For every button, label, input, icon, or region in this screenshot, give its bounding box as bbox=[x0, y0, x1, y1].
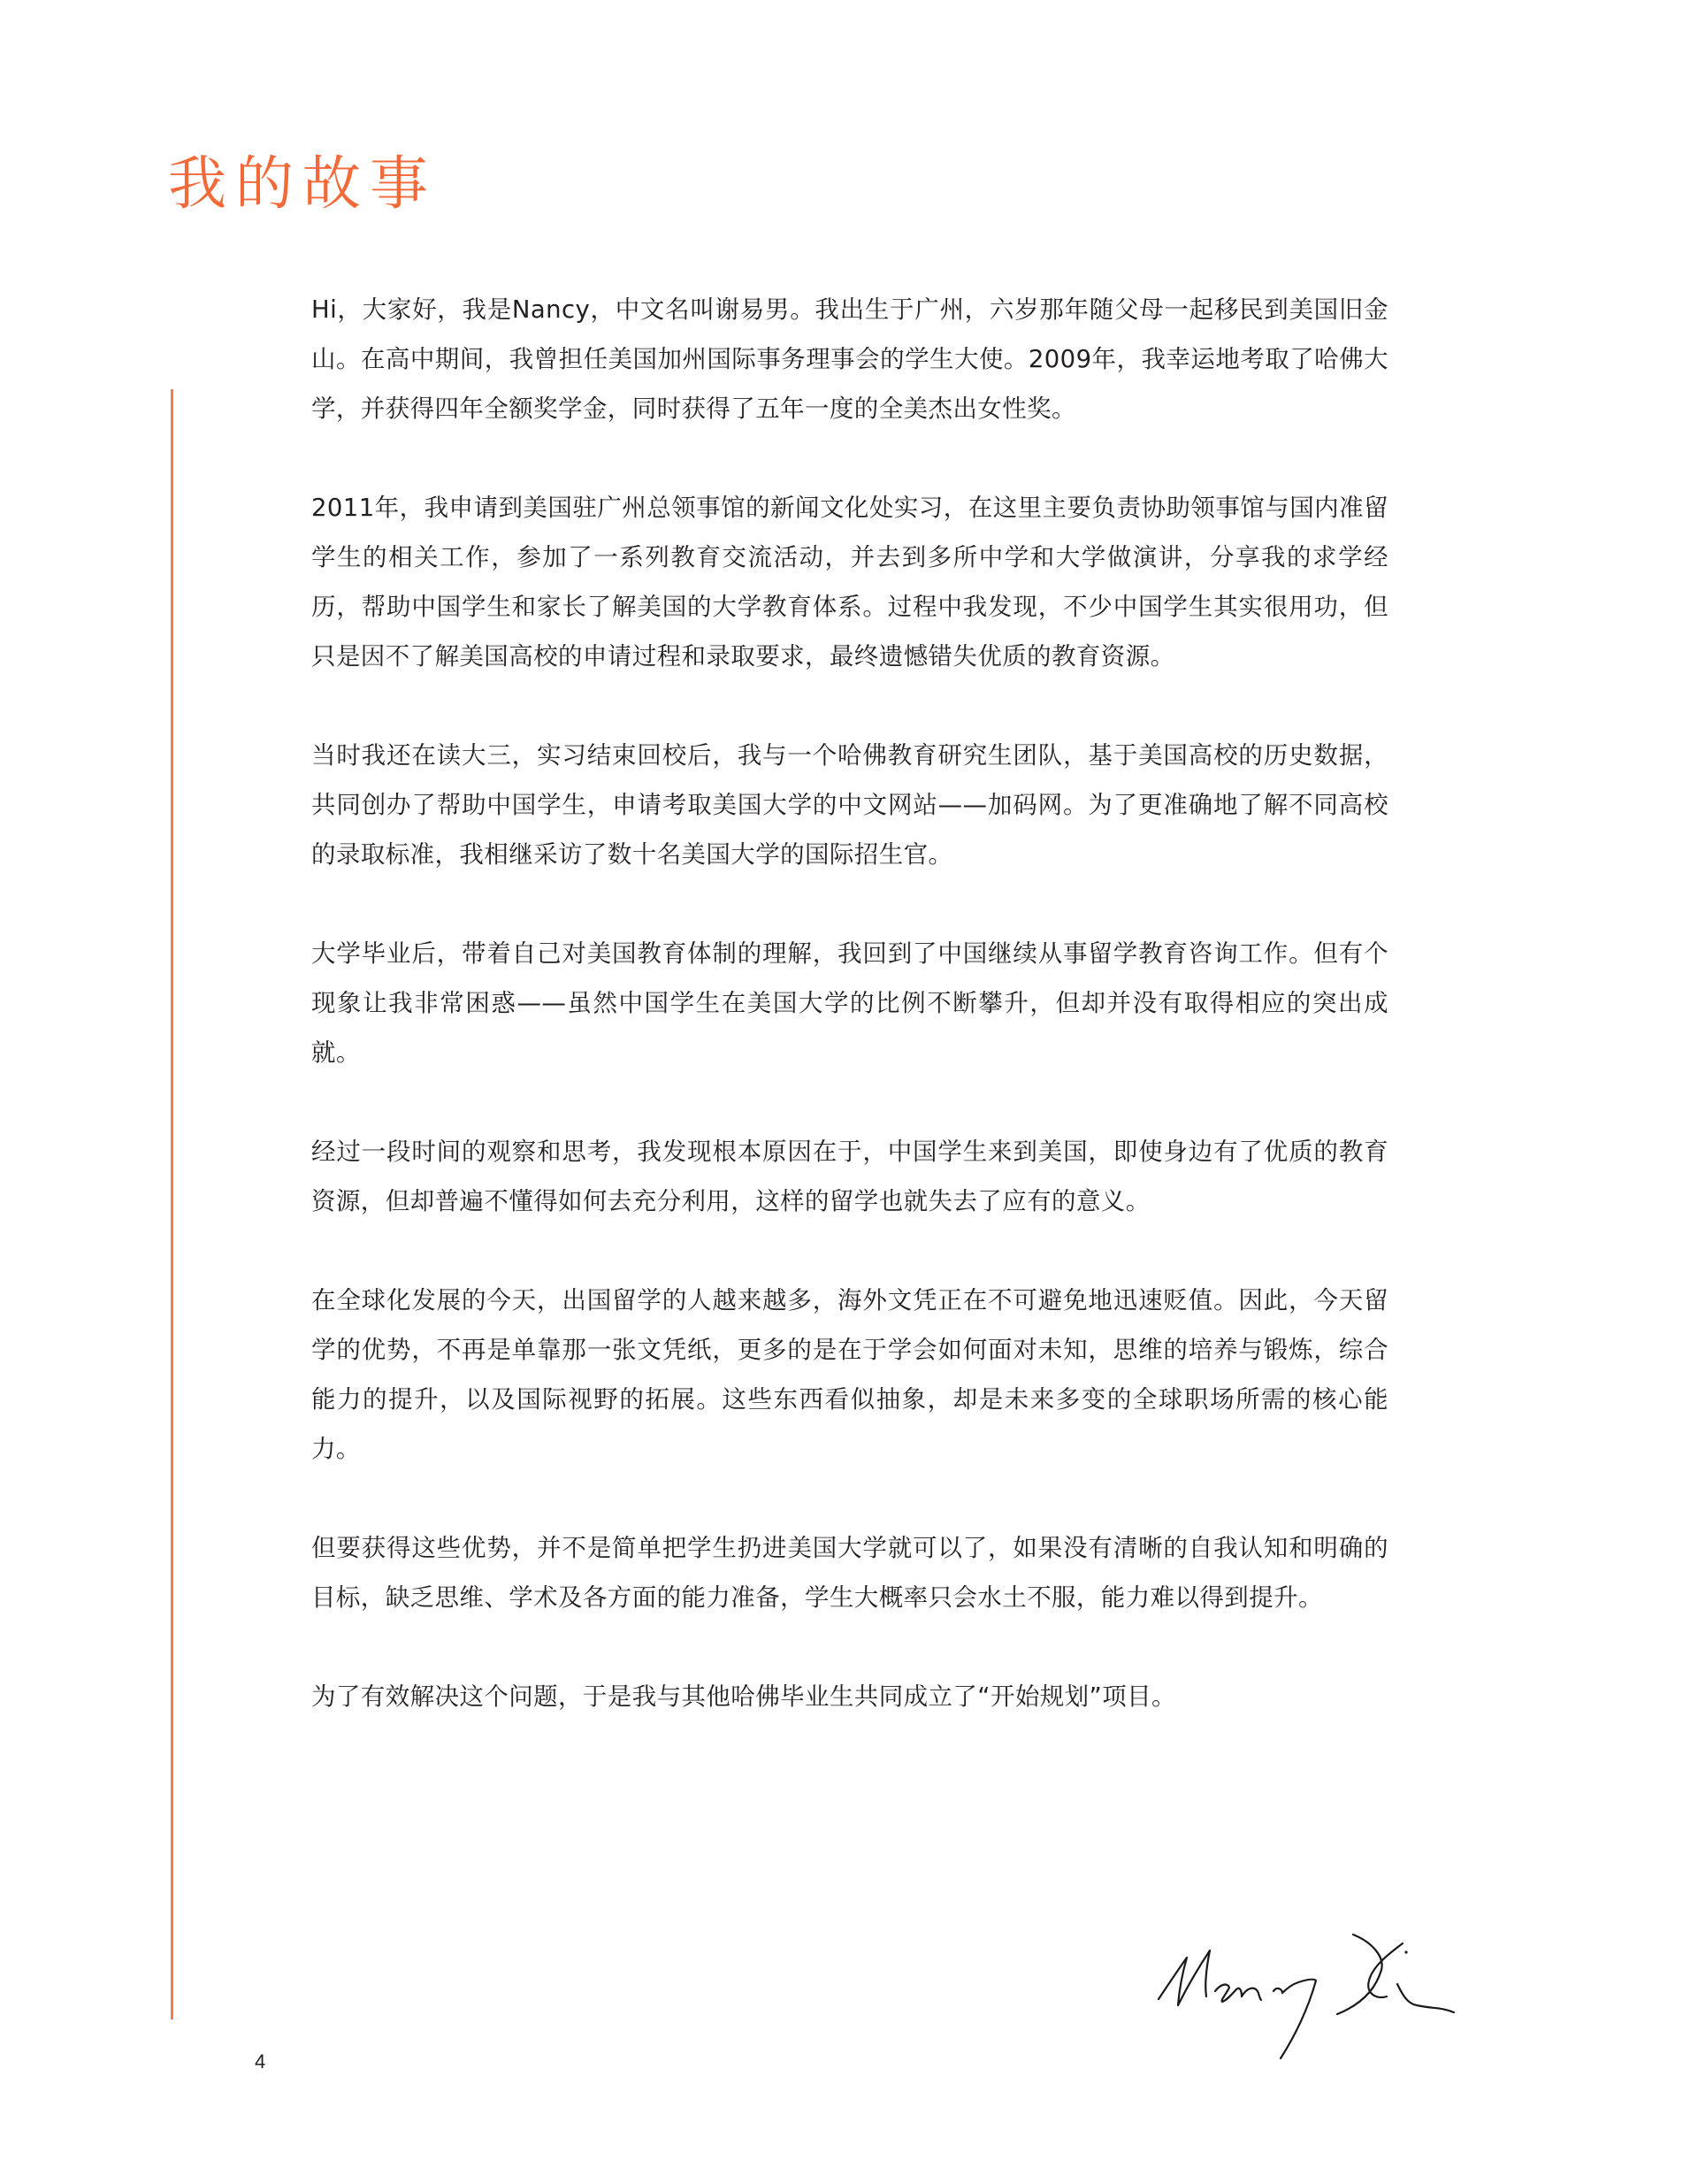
story-body: Hi，大家好，我是Nancy，中文名叫谢易男。我出生于广州，六岁那年随父母一起移… bbox=[311, 285, 1388, 1771]
paragraph-conclusion: 为了有效解决这个问题，于是我与其他哈佛毕业生共同成立了“开始规划”项目。 bbox=[311, 1672, 1388, 1721]
page-title: 我的故事 bbox=[168, 149, 437, 218]
paragraph-observation: 经过一段时间的观察和思考，我发现根本原因在于，中国学生来到美国，即使身边有了优质… bbox=[311, 1127, 1388, 1226]
paragraph-intro: Hi，大家好，我是Nancy，中文名叫谢易男。我出生于广州，六岁那年随父母一起移… bbox=[311, 285, 1388, 433]
handwritten-signature-icon bbox=[1141, 1915, 1477, 2074]
paragraph-globalization: 在全球化发展的今天，出国留学的人越来越多，海外文凭正在不可避免地迅速贬值。因此，… bbox=[311, 1276, 1388, 1474]
paragraph-return-china: 大学毕业后，带着自己对美国教育体制的理解，我回到了中国继续从事留学教育咨询工作。… bbox=[311, 929, 1388, 1077]
paragraph-internship: 2011年，我申请到美国驻广州总领事馆的新闻文化处实习，在这里主要负责协助领事馆… bbox=[311, 483, 1388, 681]
paragraph-website: 当时我还在读大三，实习结束回校后，我与一个哈佛教育研究生团队，基于美国高校的历史… bbox=[311, 731, 1388, 879]
paragraph-preparation: 但要获得这些优势，并不是简单把学生扔进美国大学就可以了，如果没有清晰的自我认知和… bbox=[311, 1523, 1388, 1622]
accent-vertical-rule bbox=[171, 389, 173, 2019]
page-number: 4 bbox=[255, 2050, 265, 2073]
